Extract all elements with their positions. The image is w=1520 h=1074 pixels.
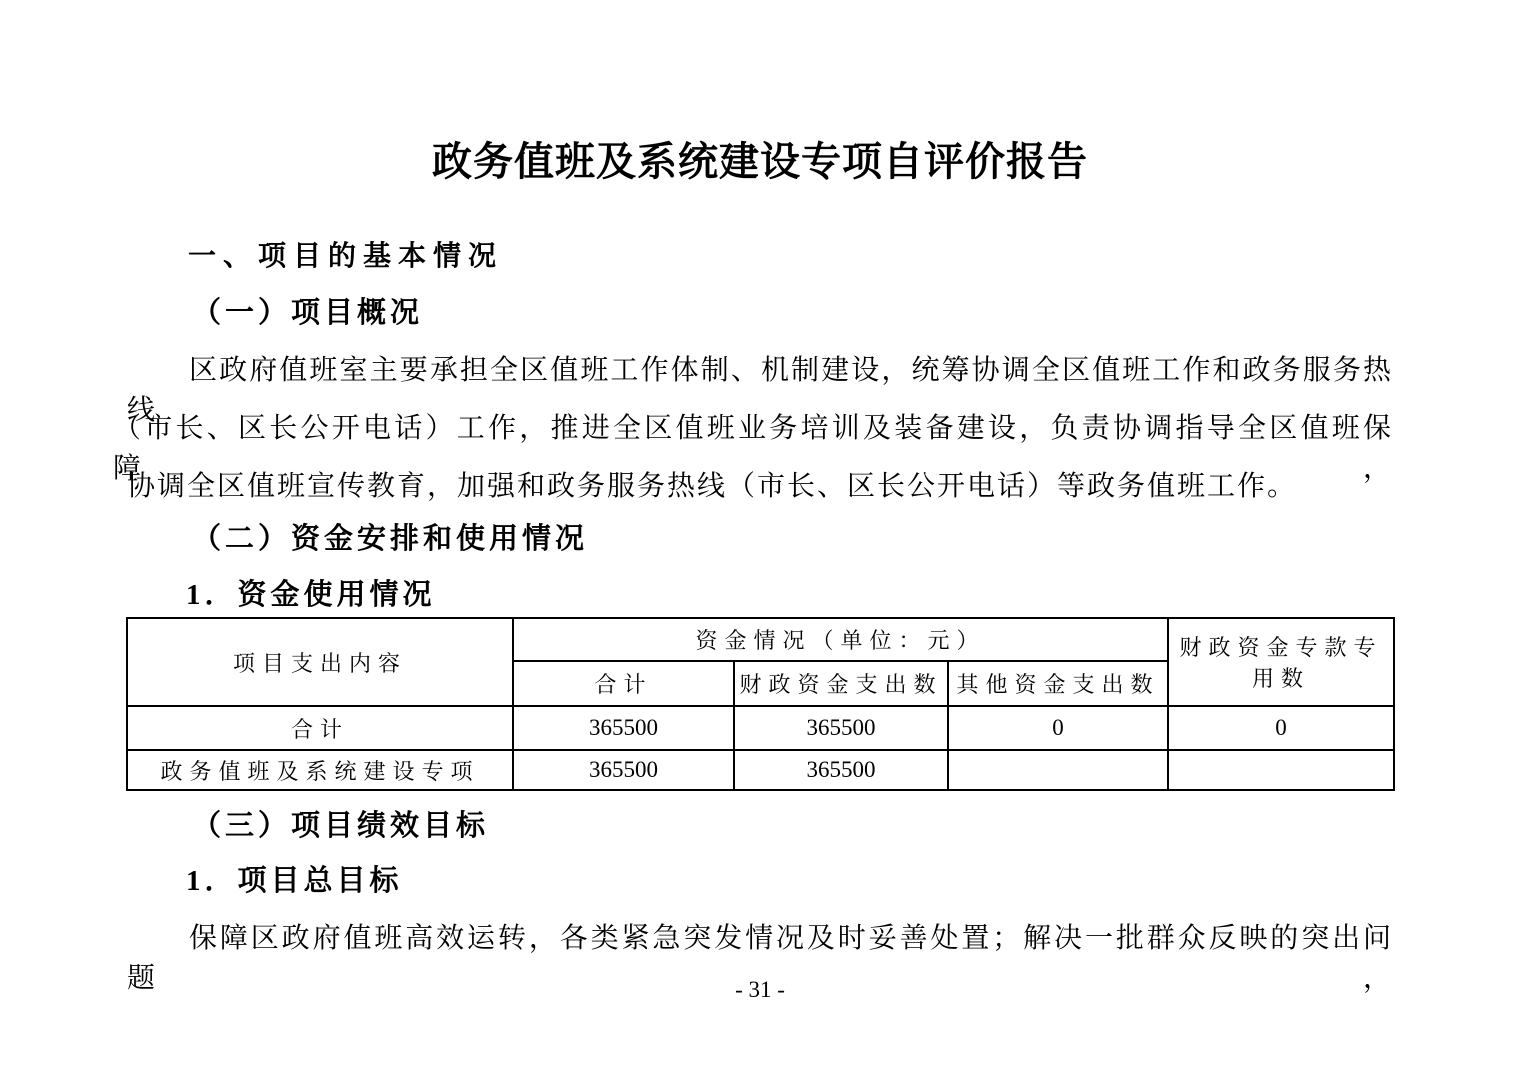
table-header-total: 合计 [513,661,734,706]
table-cell-fiscal: 365500 [734,750,948,790]
table-cell-dedicated [1168,750,1394,790]
fund-usage-table: 项目支出内容 资金情况（单位：元） 财政资金专款专用数 合计 财政资金支出数 其… [126,617,1395,791]
table-header-funds-group: 资金情况（单位：元） [513,618,1168,661]
table-cell-other [948,750,1168,790]
table-row: 合计 365500 365500 0 0 [127,706,1394,750]
paragraph-overview-line-3: 协调全区值班宣传教育，加强和政务服务热线（市长、区长公开电话）等政务值班工作。 [127,464,1393,504]
table-row: 政务值班及系统建设专项 365500 365500 [127,750,1394,790]
table-header-dedicated: 财政资金专款专用数 [1168,618,1394,706]
subsection-heading-fund-usage: （二）资金安排和使用情况 [192,516,588,557]
table-header-item: 项目支出内容 [127,618,513,706]
table-header-fiscal: 财政资金支出数 [734,661,948,706]
table-cell-fiscal: 365500 [734,706,948,750]
table-header-other: 其他资金支出数 [948,661,1168,706]
table-cell-total: 365500 [513,706,734,750]
heading-fund-usage-detail: 1．资金使用情况 [186,572,436,613]
document-title: 政务值班及系统建设专项自评价报告 [0,130,1520,187]
heading-overall-goal: 1．项目总目标 [186,858,403,899]
section-heading-basic-info: 一、项目的基本情况 [188,234,503,274]
table-cell-other: 0 [948,706,1168,750]
document-page: 政务值班及系统建设专项自评价报告 一、项目的基本情况 （一）项目概况 区政府值班… [0,0,1520,1074]
table-cell-dedicated: 0 [1168,706,1394,750]
subsection-heading-performance-goals: （三）项目绩效目标 [192,803,489,844]
subsection-heading-project-overview: （一）项目概况 [192,290,423,331]
table-cell-total: 365500 [513,750,734,790]
table-cell-item: 政务值班及系统建设专项 [127,750,513,790]
page-number: - 31 - [0,977,1520,1003]
table-cell-item: 合计 [127,706,513,750]
